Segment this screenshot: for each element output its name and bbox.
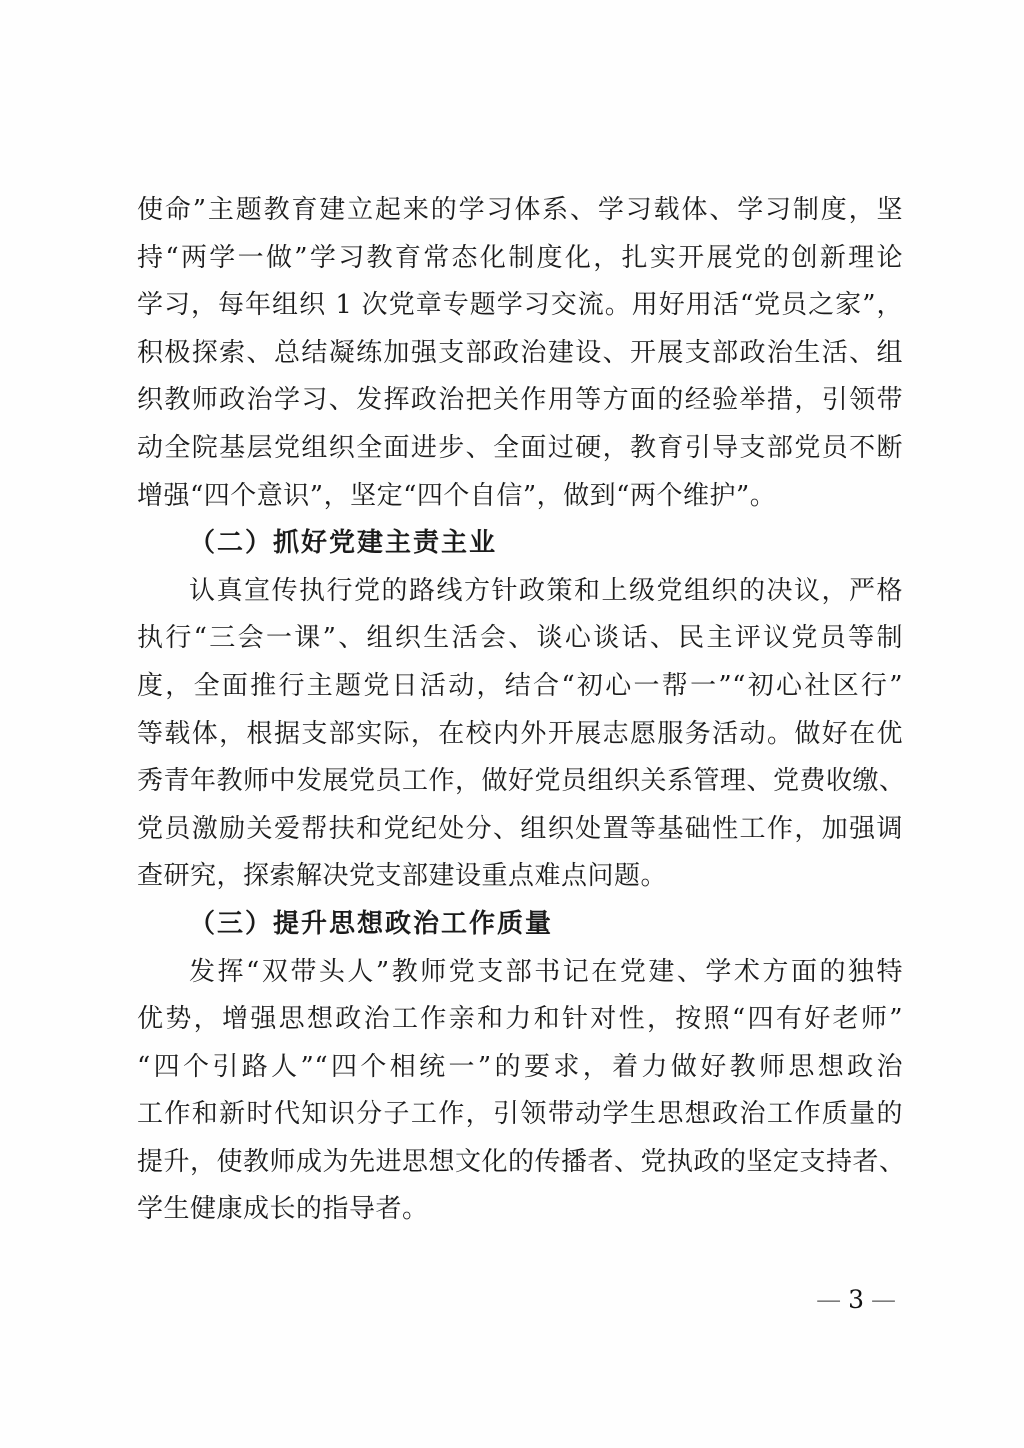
page-number-dash-left: — [816, 1285, 841, 1314]
section-heading: （三）提升思想政治工作质量 [137, 901, 903, 949]
text-line: 使命”主题教育建立起来的学习体系、学习载体、学习制度，坚 [137, 187, 903, 235]
text-line: 增强“四个意识”，坚定“四个自信”，做到“两个维护”。 [137, 473, 903, 521]
text-line: 动全院基层党组织全面进步、全面过硬，教育引导支部党员不断 [137, 425, 903, 473]
page-number-dash-right: — [871, 1285, 896, 1314]
text-line: 等载体，根据支部实际，在校内外开展志愿服务活动。做好在优 [137, 711, 903, 759]
text-line: 学生健康成长的指导者。 [137, 1186, 903, 1234]
document-body: 使命”主题教育建立起来的学习体系、学习载体、学习制度，坚持“两学一做”学习教育常… [137, 187, 903, 1234]
text-line: “四个引路人”“四个相统一”的要求，着力做好教师思想政治 [137, 1044, 903, 1092]
text-line: 度，全面推行主题党日活动，结合“初心一帮一”“初心社区行” [137, 663, 903, 711]
text-line: 执行“三会一课”、组织生活会、谈心谈话、民主评议党员等制 [137, 615, 903, 663]
text-line: 持“两学一做”学习教育常态化制度化，扎实开展党的创新理论 [137, 235, 903, 283]
text-line: 查研究，探索解决党支部建设重点难点问题。 [137, 853, 903, 901]
text-line: 优势，增强思想政治工作亲和力和针对性，按照“四有好老师” [137, 996, 903, 1044]
page-number-value: 3 [848, 1285, 864, 1314]
text-line: 发挥“双带头人”教师党支部书记在党建、学术方面的独特 [137, 949, 903, 997]
text-line: 认真宣传执行党的路线方针政策和上级党组织的决议，严格 [137, 568, 903, 616]
text-line: 织教师政治学习、发挥政治把关作用等方面的经验举措，引领带 [137, 377, 903, 425]
text-line: 秀青年教师中发展党员工作，做好党员组织关系管理、党费收缴、 [137, 758, 903, 806]
text-line: 积极探索、总结凝练加强支部政治建设、开展支部政治生活、组 [137, 330, 903, 378]
page-number: —3— [816, 1283, 896, 1317]
text-line: 学习，每年组织 1 次党章专题学习交流。用好用活“党员之家”， [137, 282, 903, 330]
document-page: 使命”主题教育建立起来的学习体系、学习载体、学习制度，坚持“两学一做”学习教育常… [0, 0, 1024, 1448]
section-heading: （二）抓好党建主责主业 [137, 520, 903, 568]
text-line: 工作和新时代知识分子工作，引领带动学生思想政治工作质量的 [137, 1091, 903, 1139]
text-line: 提升，使教师成为先进思想文化的传播者、党执政的坚定支持者、 [137, 1139, 903, 1187]
text-line: 党员激励关爱帮扶和党纪处分、组织处置等基础性工作，加强调 [137, 806, 903, 854]
